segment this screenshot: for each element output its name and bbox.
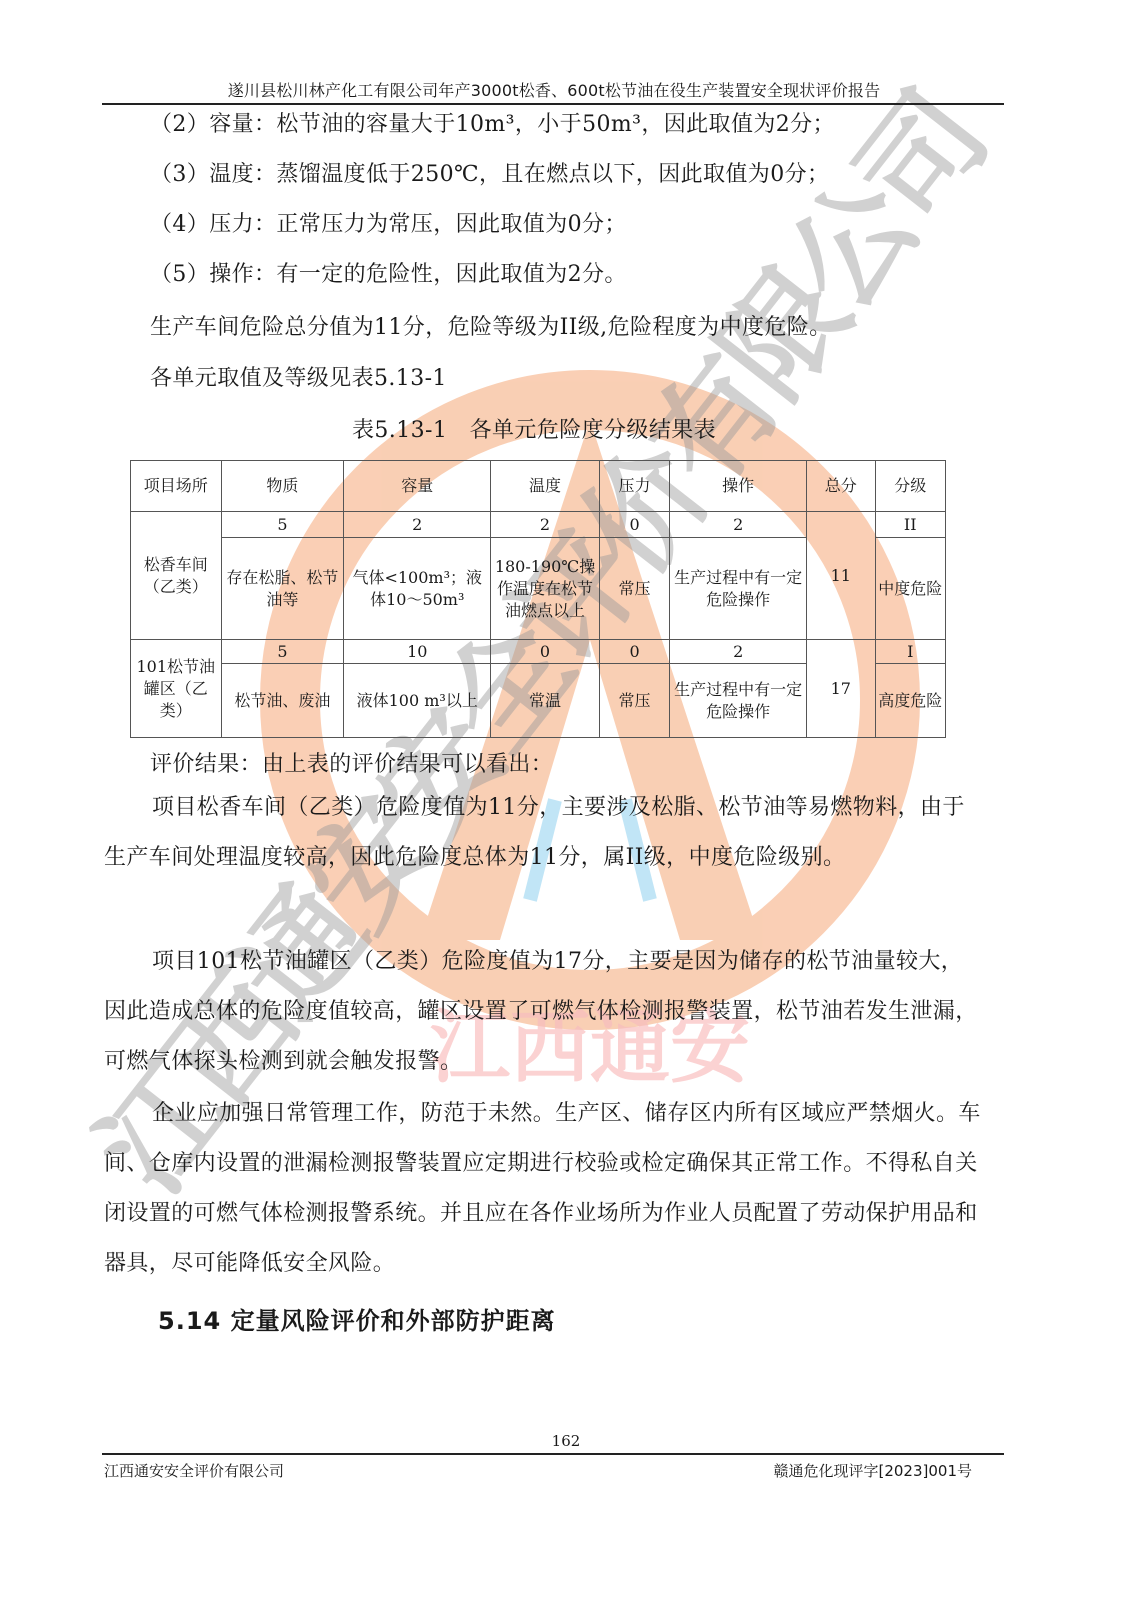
cell-score-substance: 5 (221, 640, 344, 664)
cell-score-capacity: 10 (344, 640, 491, 664)
cell-detail-operation: 生产过程中有一定危险操作 (670, 664, 807, 738)
criterion-pressure: （4）压力：正常压力为常压，因此取值为0分； (150, 207, 627, 238)
hazard-grading-table: 项目场所 物质 容量 温度 压力 操作 总分 分级 松香车间（乙类） 5 2 2… (130, 460, 946, 738)
cell-score-pressure: 0 (599, 512, 669, 538)
header-operation: 操作 (670, 461, 807, 512)
paragraph-workshop: 项目松香车间（乙类）危险度值为11分，主要涉及松脂、松节油等易燃物料，由于生产车… (104, 783, 984, 883)
cell-score-temperature: 0 (491, 640, 600, 664)
header-place: 项目场所 (131, 461, 222, 512)
cell-detail-pressure: 常压 (599, 664, 669, 738)
cell-detail-capacity: 液体100 m³以上 (344, 664, 491, 738)
cell-detail-level: 中度危险 (875, 538, 946, 640)
cell-score-substance: 5 (221, 512, 344, 538)
header-temperature: 温度 (491, 461, 600, 512)
header-capacity: 容量 (344, 461, 491, 512)
table-row-score: 101松节油罐区（乙类） 5 10 0 0 2 17 I (131, 640, 946, 664)
cell-place: 松香车间（乙类） (131, 512, 222, 640)
table-reference: 各单元取值及等级见表5.13-1 (150, 361, 447, 392)
table-header-row: 项目场所 物质 容量 温度 压力 操作 总分 分级 (131, 461, 946, 512)
page-number: 162 (0, 1432, 1132, 1450)
footer-doc-number: 赣通危化现评字[2023]001号 (773, 1460, 972, 1481)
criterion-capacity: （2）容量：松节油的容量大于10m³，小于50m³，因此取值为2分； (150, 107, 835, 138)
cell-detail-temperature: 常温 (491, 664, 600, 738)
cell-score-operation: 2 (670, 640, 807, 664)
cell-grade: I (875, 640, 946, 664)
cell-grade: II (875, 512, 946, 538)
criterion-temperature: （3）温度：蒸馏温度低于250℃，且在燃点以下，因此取值为0分； (150, 157, 829, 188)
cell-detail-capacity: 气体<100m³；液体10～50m³ (344, 538, 491, 640)
cell-place: 101松节油罐区（乙类） (131, 640, 222, 738)
header-total: 总分 (807, 461, 875, 512)
table-caption: 表5.13-1 各单元危险度分级结果表 (352, 413, 716, 444)
footer-company: 江西通安安全评价有限公司 (104, 1460, 284, 1481)
criterion-operation: （5）操作：有一定的危险性，因此取值为2分。 (150, 257, 627, 288)
workshop-summary: 生产车间危险总分值为11分，危险等级为II级,危险程度为中度危险。 (150, 310, 832, 341)
cell-score-pressure: 0 (599, 640, 669, 664)
paragraph-management: 企业应加强日常管理工作，防范于未然。生产区、储存区内所有区域应严禁烟火。车间、仓… (104, 1089, 984, 1289)
cell-detail-level: 高度危险 (875, 664, 946, 738)
report-header-title: 遂川县松川林产化工有限公司年产3000t松香、600t松节油在役生产装置安全现状… (104, 78, 1004, 101)
cell-detail-temperature: 180-190℃操作温度在松节油燃点以上 (491, 538, 600, 640)
cell-total: 11 (807, 512, 875, 640)
paragraph-tank-area: 项目101松节油罐区（乙类）危险度值为17分，主要是因为储存的松节油量较大，因此… (104, 937, 984, 1087)
cell-score-temperature: 2 (491, 512, 600, 538)
cell-total: 17 (807, 640, 875, 738)
document-page: 遂川县松川林产化工有限公司年产3000t松香、600t松节油在役生产装置安全现状… (0, 0, 1132, 1600)
cell-detail-substance: 松节油、废油 (221, 664, 344, 738)
header-grade: 分级 (875, 461, 946, 512)
cell-score-operation: 2 (670, 512, 807, 538)
section-heading: 5.14 定量风险评价和外部防护距离 (158, 1301, 556, 1336)
header-substance: 物质 (221, 461, 344, 512)
cell-detail-operation: 生产过程中有一定危险操作 (670, 538, 807, 640)
cell-score-capacity: 2 (344, 512, 491, 538)
footer-divider (102, 1453, 1004, 1455)
header-pressure: 压力 (599, 461, 669, 512)
result-heading: 评价结果：由上表的评价结果可以看出： (150, 747, 553, 778)
header-divider (102, 103, 1004, 105)
cell-detail-pressure: 常压 (599, 538, 669, 640)
table-row-score: 松香车间（乙类） 5 2 2 0 2 11 II (131, 512, 946, 538)
cell-detail-substance: 存在松脂、松节油等 (221, 538, 344, 640)
